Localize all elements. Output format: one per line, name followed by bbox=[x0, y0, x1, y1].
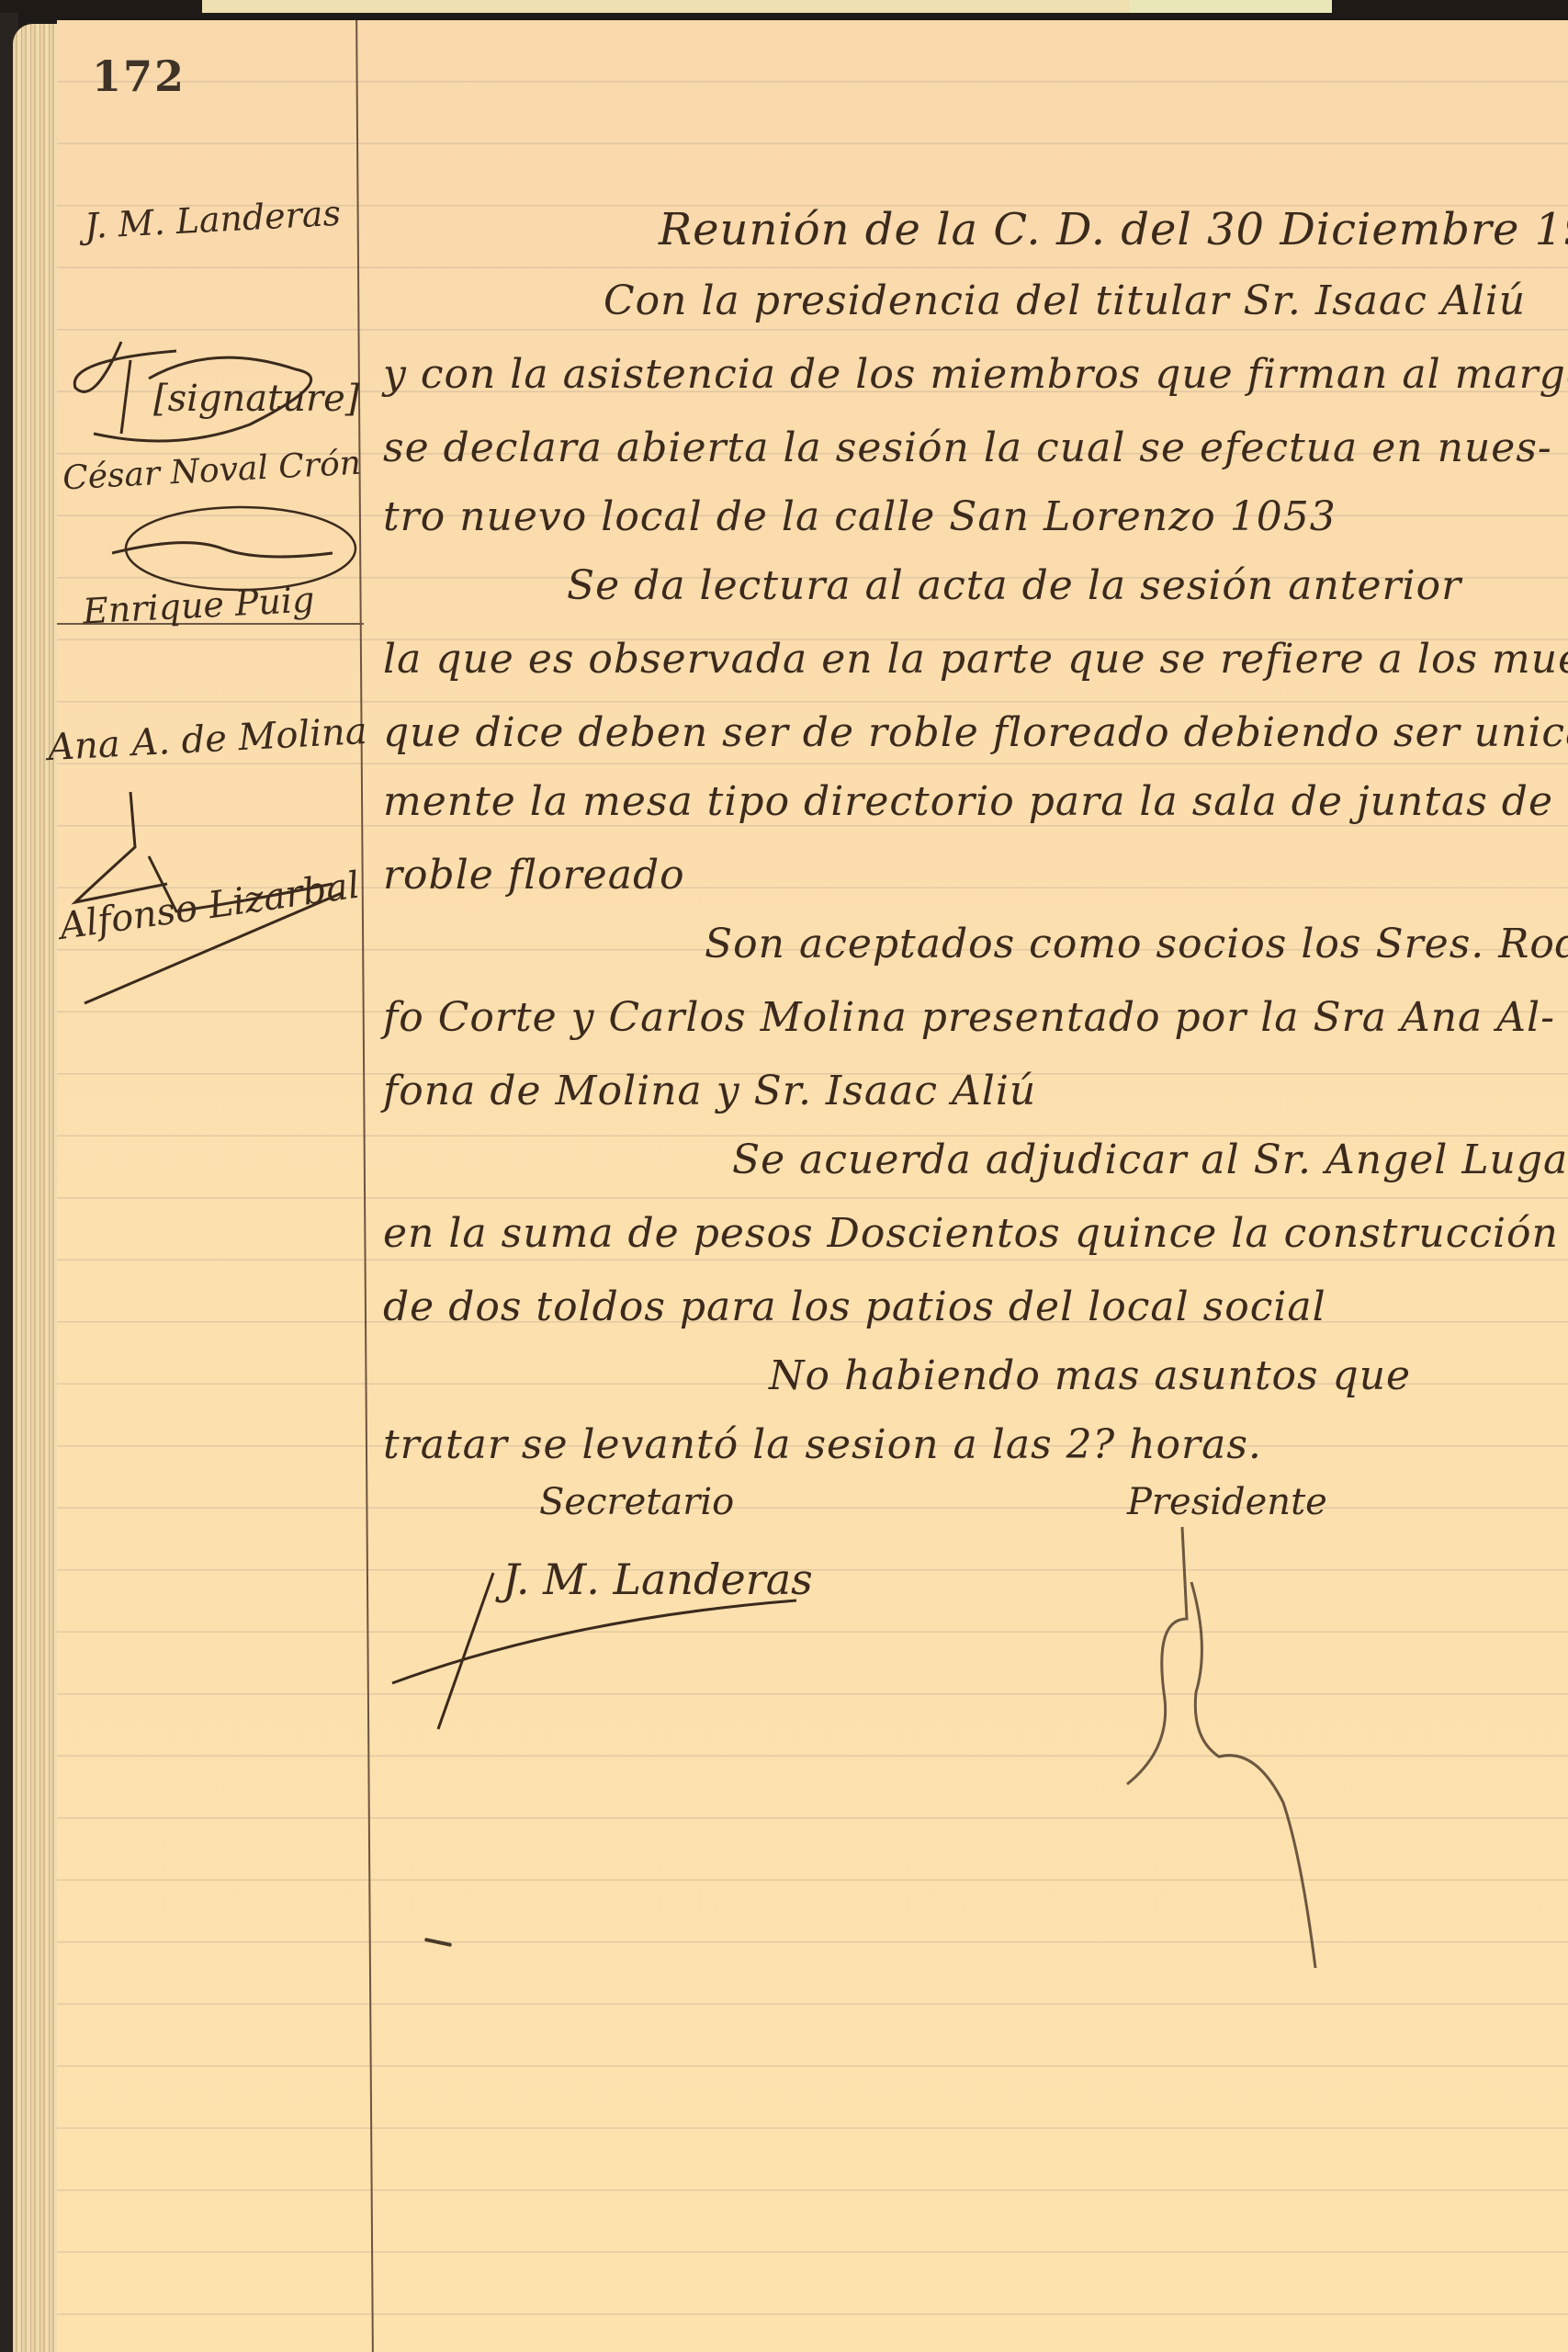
text-line: se declara abierta la sesión la cual se … bbox=[383, 424, 1552, 471]
text-line: de dos toldos para los patios del local … bbox=[383, 1283, 1326, 1330]
text-line: fona de Molina y Sr. Isaac Aliú bbox=[383, 1068, 1036, 1114]
president-signature-icon bbox=[1118, 1509, 1485, 1986]
secretary-flourish-icon bbox=[383, 1518, 842, 1738]
text-line: No habiendo mas asuntos que bbox=[769, 1352, 1411, 1399]
text-line: fo Corte y Carlos Molina presentado por … bbox=[383, 994, 1555, 1041]
page-number: 172 bbox=[92, 51, 186, 101]
text-line: mente la mesa tipo directorio para la sa… bbox=[383, 778, 1553, 825]
text-line: roble floreado bbox=[383, 852, 685, 899]
text-line: que dice deben ser de roble floreado deb… bbox=[383, 709, 1568, 756]
text-line: y con la asistencia de los miembros que … bbox=[383, 351, 1568, 398]
svg-text:[signature]: [signature] bbox=[153, 378, 360, 420]
page-stack-edge bbox=[13, 24, 59, 2352]
text-line: en la suma de pesos Doscientos quince la… bbox=[383, 1210, 1559, 1257]
text-line: la que es observada en la parte que se r… bbox=[383, 636, 1568, 683]
text-line: Son aceptados como socios los Sres. Rodo… bbox=[705, 921, 1568, 967]
signature-alfonso-icon: Alfonso Lizarbal bbox=[57, 783, 360, 1031]
meeting-title: Reunión de la C. D. del 30 Diciembre 193… bbox=[659, 204, 1568, 255]
top-background bbox=[0, 0, 1568, 13]
signature-flourish-icon: [signature] bbox=[66, 323, 360, 452]
text-line: tro nuevo local de la calle San Lorenzo … bbox=[383, 493, 1337, 540]
ledger-page: 172 J. M. Landeras [signature] César Nov… bbox=[57, 20, 1568, 2352]
bookmark-tab bbox=[1130, 0, 1332, 13]
text-line: tratar se levantó la sesion a las 2? hor… bbox=[383, 1421, 1262, 1468]
text-line: Se acuerda adjudicar al Sr. Angel Luga bbox=[732, 1136, 1568, 1183]
text-line: Se da lectura al acta de la sesión anter… bbox=[567, 562, 1461, 609]
text-line: Con la presidencia del titular Sr. Isaac… bbox=[604, 277, 1526, 324]
